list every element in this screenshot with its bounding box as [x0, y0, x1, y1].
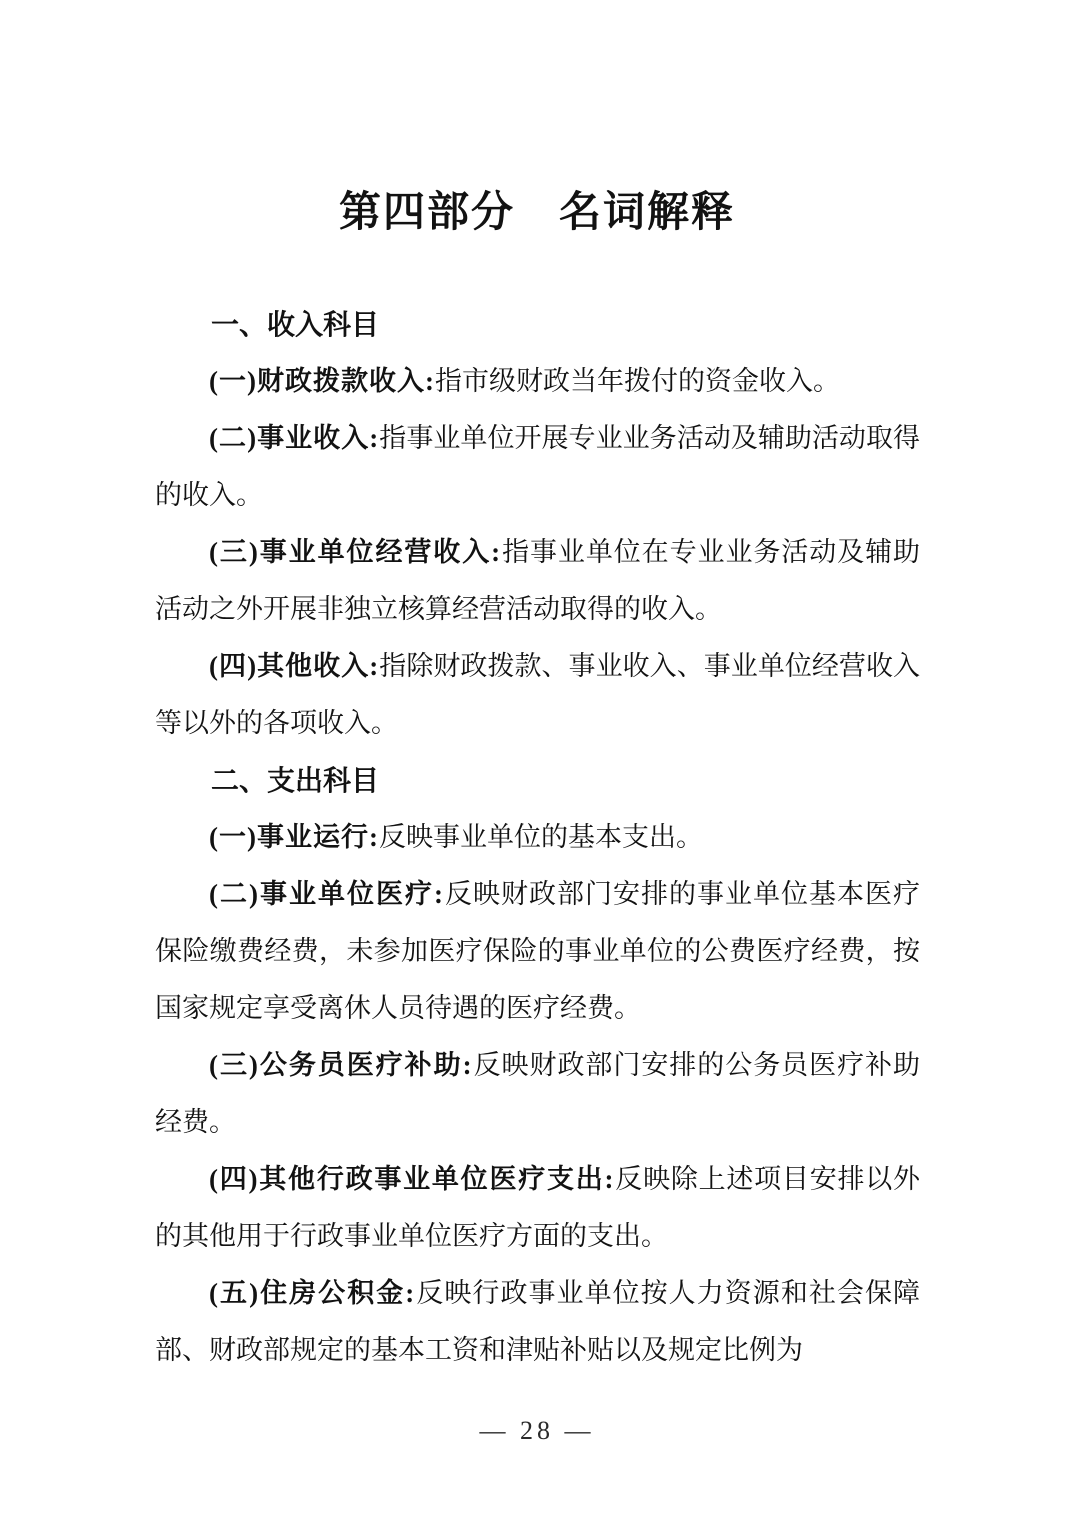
definition-item-expenditure-3: (三)公务员医疗补助:反映财政部门安排的公务员医疗补助经费。 [155, 1037, 920, 1151]
definition-item-expenditure-5: (五)住房公积金:反映行政事业单位按人力资源和社会保障部、财政部规定的基本工资和… [155, 1265, 920, 1379]
document-body: 一、收入科目 (一)财政拨款收入:指市级财政当年拨付的资金收入。 (二)事业收入… [0, 296, 1074, 1379]
term-definition: 反映事业单位的基本支出。 [379, 822, 703, 852]
definition-item-income-2: (二)事业收入:指事业单位开展专业业务活动及辅助活动取得的收入。 [155, 410, 920, 524]
section-heading-expenditure: 二、支出科目 [155, 752, 920, 809]
page-title: 第四部分 名词解释 [0, 190, 1074, 236]
term-label: (三)公务员医疗补助: [209, 1050, 473, 1080]
term-definition: 指市级财政当年拨付的资金收入。 [435, 366, 840, 396]
term-label: (一)事业运行: [209, 822, 379, 852]
page-number: — 28 — [0, 1418, 1074, 1444]
term-label: (三)事业单位经营收入: [209, 537, 501, 567]
definition-item-income-1: (一)财政拨款收入:指市级财政当年拨付的资金收入。 [155, 353, 920, 410]
document-page: 第四部分 名词解释 一、收入科目 (一)财政拨款收入:指市级财政当年拨付的资金收… [0, 0, 1074, 1520]
term-label: (五)住房公积金: [209, 1278, 415, 1308]
definition-item-income-3: (三)事业单位经营收入:指事业单位在专业业务活动及辅助活动之外开展非独立核算经营… [155, 524, 920, 638]
section-heading-income: 一、收入科目 [155, 296, 920, 353]
term-label: (一)财政拨款收入: [209, 366, 435, 396]
term-label: (四)其他收入: [209, 651, 379, 681]
term-label: (二)事业单位医疗: [209, 879, 444, 909]
definition-item-expenditure-4: (四)其他行政事业单位医疗支出:反映除上述项目安排以外的其他用于行政事业单位医疗… [155, 1151, 920, 1265]
definition-item-expenditure-1: (一)事业运行:反映事业单位的基本支出。 [155, 809, 920, 866]
definition-item-income-4: (四)其他收入:指除财政拨款、事业收入、事业单位经营收入等以外的各项收入。 [155, 638, 920, 752]
term-label: (四)其他行政事业单位医疗支出: [209, 1164, 615, 1194]
definition-item-expenditure-2: (二)事业单位医疗:反映财政部门安排的事业单位基本医疗保险缴费经费，未参加医疗保… [155, 866, 920, 1037]
term-label: (二)事业收入: [209, 423, 379, 453]
